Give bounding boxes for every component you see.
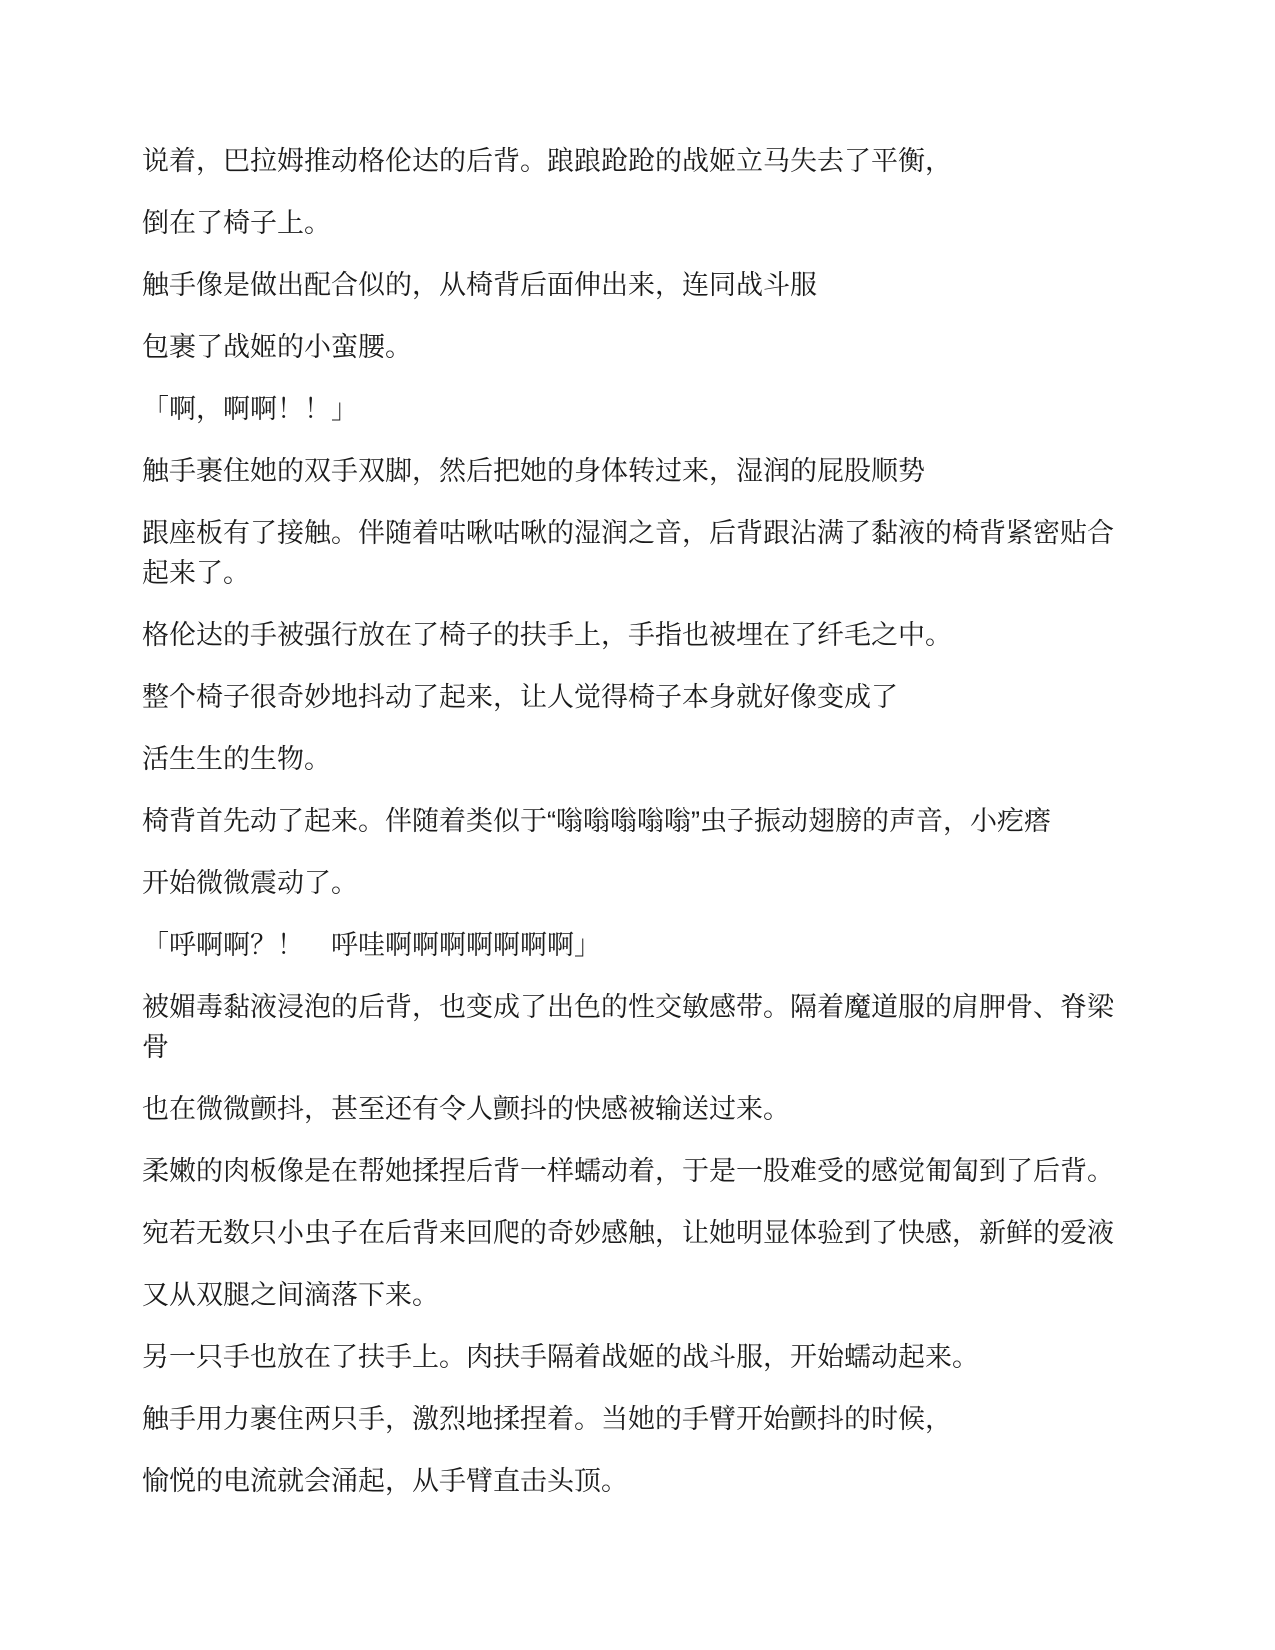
paragraph: 「呼啊啊？！ 呼哇啊啊啊啊啊啊啊」 [142, 925, 1127, 965]
paragraph: 被媚毒黏液浸泡的后背，也变成了出色的性交敏感带。隔着魔道服的肩胛骨、脊梁骨 [142, 987, 1127, 1067]
paragraph: 宛若无数只小虫子在后背来回爬的奇妙感触，让她明显体验到了快感，新鲜的爱液 [142, 1213, 1127, 1253]
paragraph: 「啊，啊啊！！」 [142, 389, 1127, 429]
paragraph: 触手像是做出配合似的，从椅背后面伸出来，连同战斗服 [142, 265, 1127, 305]
paragraph: 说着，巴拉姆推动格伦达的后背。踉踉跄跄的战姬立马失去了平衡， [142, 141, 1127, 181]
paragraph: 格伦达的手被强行放在了椅子的扶手上，手指也被埋在了纤毛之中。 [142, 615, 1127, 655]
paragraph: 柔嫩的肉板像是在帮她揉捏后背一样蠕动着，于是一股难受的感觉匍匐到了后背。 [142, 1151, 1127, 1191]
paragraph: 跟座板有了接触。伴随着咕啾咕啾的湿润之音，后背跟沾满了黏液的椅背紧密贴合起来了。 [142, 513, 1127, 593]
text-block: 说着，巴拉姆推动格伦达的后背。踉踉跄跄的战姬立马失去了平衡， 倒在了椅子上。 触… [142, 141, 1127, 1501]
paragraph: 也在微微颤抖，甚至还有令人颤抖的快感被输送过来。 [142, 1089, 1127, 1129]
document-page: 说着，巴拉姆推动格伦达的后背。踉踉跄跄的战姬立马失去了平衡， 倒在了椅子上。 触… [0, 0, 1275, 1650]
paragraph: 另一只手也放在了扶手上。肉扶手隔着战姬的战斗服，开始蠕动起来。 [142, 1337, 1127, 1377]
paragraph: 又从双腿之间滴落下来。 [142, 1275, 1127, 1315]
paragraph: 椅背首先动了起来。伴随着类似于“嗡嗡嗡嗡嗡”虫子振动翅膀的声音，小疙瘩 [142, 801, 1127, 841]
paragraph: 触手裹住她的双手双脚，然后把她的身体转过来，湿润的屁股顺势 [142, 451, 1127, 491]
paragraph: 活生生的生物。 [142, 739, 1127, 779]
paragraph: 倒在了椅子上。 [142, 203, 1127, 243]
paragraph: 愉悦的电流就会涌起，从手臂直击头顶。 [142, 1461, 1127, 1501]
paragraph: 整个椅子很奇妙地抖动了起来，让人觉得椅子本身就好像变成了 [142, 677, 1127, 717]
paragraph: 开始微微震动了。 [142, 863, 1127, 903]
paragraph: 包裹了战姬的小蛮腰。 [142, 327, 1127, 367]
paragraph: 触手用力裹住两只手，激烈地揉捏着。当她的手臂开始颤抖的时候， [142, 1399, 1127, 1439]
